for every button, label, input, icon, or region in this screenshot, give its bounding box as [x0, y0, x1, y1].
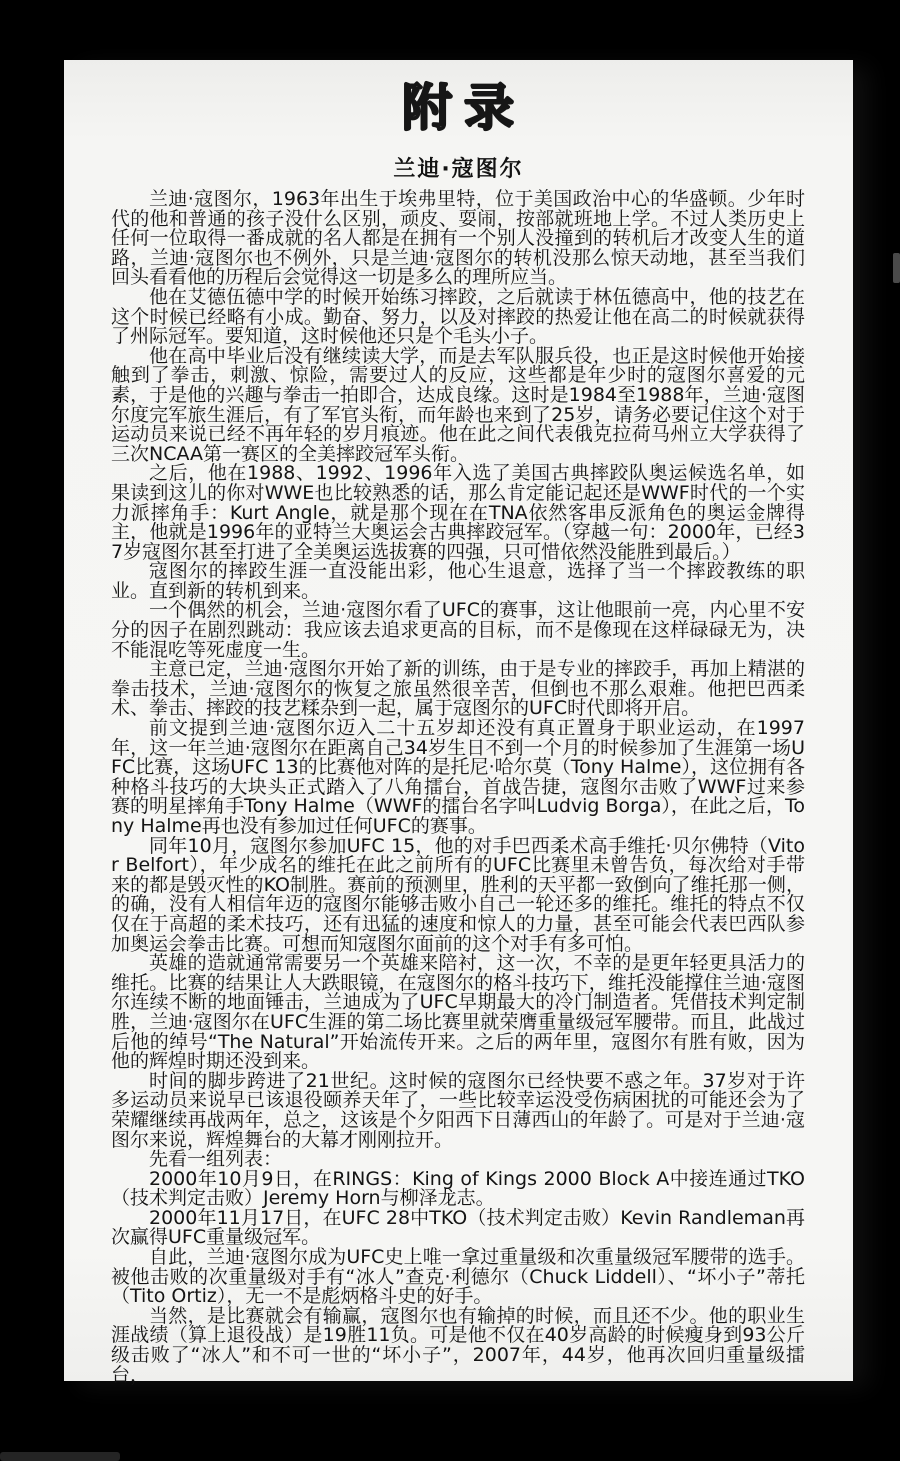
paragraph: 前文提到兰迪·寇图尔迈入二十五岁却还没有真正置身于职业运动，在1997年，这一年…	[111, 719, 805, 837]
paragraph: 他在艾德伍德中学的时候开始练习摔跤，之后就读于林伍德高中，他的技艺在这个时候已经…	[111, 288, 805, 347]
paragraph: 时间的脚步跨进了21世纪。这时候的寇图尔已经快要不惑之年。37岁对于许多运动员来…	[111, 1072, 805, 1150]
paragraph: 主意已定，兰迪·寇图尔开始了新的训练，由于是专业的摔跤手，再加上精湛的拳击技术，…	[111, 660, 805, 719]
article-body: 兰迪·寇图尔，1963年出生于埃弗里特，位于美国政治中心的华盛顿。少年时代的他和…	[111, 190, 805, 1385]
scanned-page: 附录 兰迪·寇图尔 兰迪·寇图尔，1963年出生于埃弗里特，位于美国政治中心的华…	[64, 60, 853, 1381]
paragraph: 一个偶然的机会，兰迪·寇图尔看了UFC的赛事，这让他眼前一亮，内心里不安分的因子…	[111, 601, 805, 660]
paragraph: 英雄的造就通常需要另一个英雄来陪衬，这一次，不幸的是更年轻更具活力的维托。比赛的…	[111, 954, 805, 1072]
scan-artifact	[893, 253, 900, 283]
paragraph: 寇图尔的摔跤生涯一直没能出彩，他心生退意，选择了当一个摔跤教练的职业。直到新的转…	[111, 562, 805, 601]
scan-artifact	[0, 1452, 120, 1461]
chapter-subtitle: 兰迪·寇图尔	[64, 152, 853, 183]
paragraph: 同年10月，寇图尔参加UFC 15，他的对手巴西柔术高手维托·贝尔佛特（Vito…	[111, 837, 805, 955]
paragraph: 之后，他在1988、1992、1996年入选了美国古典摔跤队奥运候选名单，如果读…	[111, 464, 805, 562]
paragraph: 当然，是比赛就会有输赢，寇图尔也有输掉的时候，而且还不少。他的职业生涯战绩（算上…	[111, 1307, 805, 1385]
paragraph: 兰迪·寇图尔，1963年出生于埃弗里特，位于美国政治中心的华盛顿。少年时代的他和…	[111, 190, 805, 288]
paragraph: 他在高中毕业后没有继续读大学，而是去军队服兵役，也正是这时候他开始接触到了拳击，…	[111, 347, 805, 465]
paragraph-list-intro: 先看一组列表：	[111, 1150, 805, 1170]
appendix-title: 附录	[64, 76, 853, 142]
appendix-title-graphic: 附录	[334, 76, 584, 138]
paragraph-list-item: 2000年11月17日，在UFC 28中TKO（技术判定击败）Kevin Ran…	[111, 1209, 805, 1248]
paragraph: 自此，兰迪·寇图尔成为UFC史上唯一拿过重量级和次重量级冠军腰带的选手。被他击败…	[111, 1248, 805, 1307]
paragraph-list-item: 2000年10月9日，在RINGS：King of Kings 2000 Blo…	[111, 1170, 805, 1209]
appendix-title-text: 附录	[402, 79, 526, 137]
